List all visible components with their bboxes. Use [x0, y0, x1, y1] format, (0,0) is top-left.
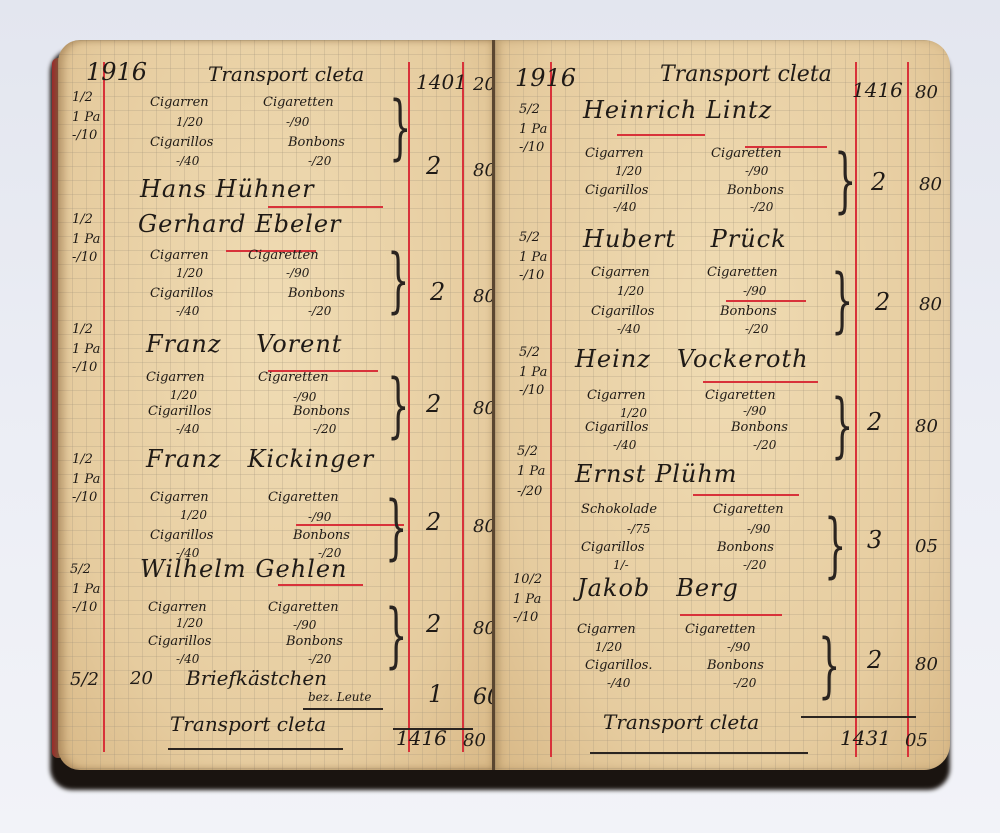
item-name: Cigarren [577, 622, 636, 637]
item-price: 1/20 [615, 164, 642, 178]
entry-amount: 2 [867, 408, 882, 436]
item-name: Cigarren [150, 248, 209, 263]
entry-amount: 2 [426, 390, 441, 418]
item-name: Cigarren [148, 600, 207, 615]
brace: } [387, 370, 409, 440]
carry-out-amount: 1431 [840, 726, 891, 750]
item-name: Schokolade [581, 502, 657, 517]
item-price: 1/20 [180, 508, 207, 522]
total-rule [801, 716, 916, 718]
item-price: 1/20 [176, 115, 203, 129]
item-name: Bonbons [288, 286, 345, 301]
item-name: Bonbons [288, 135, 345, 150]
first-name: Gerhard [138, 210, 246, 238]
item-name: Bonbons [720, 304, 777, 319]
carry-out-label: Transport cleta [170, 712, 326, 736]
name-underline [278, 584, 363, 586]
carry-in-cents: 80 [915, 82, 938, 103]
item-name: Cigaretten [268, 600, 339, 615]
label-underline [590, 752, 808, 754]
item-price: -/90 [743, 404, 766, 418]
item-price: -/90 [293, 618, 316, 632]
left-page: 1916 Transport cleta 1401 20 1/2 1 Pa -/… [58, 40, 494, 770]
entry-qty: 1 Pa [513, 592, 541, 607]
note-underline [303, 708, 383, 710]
entry-qty: 1 Pa [72, 472, 100, 487]
item-price: -/40 [617, 322, 640, 336]
entry-date: 5/2 [70, 672, 99, 687]
entry-unit: -/10 [72, 250, 97, 265]
entry-date: 1/2 [72, 212, 93, 227]
carry-in-cents: 20 [473, 74, 494, 95]
entry-cents: 80 [919, 174, 942, 195]
page-year: 1916 [86, 58, 147, 86]
page-year: 1916 [515, 64, 576, 92]
item-price: -/40 [613, 200, 636, 214]
last-name: Lintz [706, 96, 772, 124]
customer-name: Hans Hühner [140, 175, 315, 203]
item-price: -/20 [753, 438, 776, 452]
last-name: Vorent [256, 330, 342, 358]
item-price: -/90 [286, 266, 309, 280]
customer-name: Ernst Plühm [575, 460, 738, 488]
item-price: -/90 [293, 390, 316, 404]
first-name: Franz [146, 445, 222, 473]
entry-cents: 80 [473, 398, 494, 419]
item-name: Cigarillos [150, 528, 213, 543]
entry-date: 5/2 [519, 102, 540, 117]
item-price: 1/20 [176, 266, 203, 280]
carry-in-label: Transport cleta [660, 62, 832, 87]
last-name: Berg [676, 574, 739, 602]
item-name: Bonbons [293, 404, 350, 419]
carry-in-label: Transport cleta [208, 62, 364, 86]
name-underline [680, 614, 782, 616]
entry-qty: 1 Pa [72, 342, 100, 357]
item-price: -/90 [286, 115, 309, 129]
entry-qty: 1 Pa [72, 110, 100, 125]
item-name: Cigaretten [707, 265, 778, 280]
customer-name: Gerhard Ebeler [138, 210, 342, 238]
item-price: 1/20 [170, 388, 197, 402]
item-price: 1/20 [620, 406, 647, 420]
item-name: Cigarren [587, 388, 646, 403]
entry-qty: 1 Pa [72, 232, 100, 247]
item-name: Cigaretten [263, 95, 334, 110]
entry-cents: 80 [473, 516, 494, 537]
entry-qty: 1 Pa [517, 464, 545, 479]
last-name: Gehlen [255, 555, 347, 583]
item-price: 1/- [613, 558, 629, 572]
customer-name: Franz Vorent [146, 330, 342, 358]
carry-out-cents: 80 [463, 730, 486, 751]
entry-cents: 05 [915, 536, 938, 557]
entry-cents: 80 [473, 618, 494, 639]
brace: } [824, 510, 846, 580]
last-name: Hühner [216, 175, 315, 203]
entry-date: 5/2 [70, 562, 91, 577]
first-name: Hans [140, 175, 207, 203]
item-name: Cigaretten [713, 502, 784, 517]
brace: } [834, 145, 856, 215]
item-name: Cigaretten [268, 490, 339, 505]
ledger-book: 1916 Transport cleta 1401 20 1/2 1 Pa -/… [58, 40, 950, 780]
first-name: Hubert [583, 225, 676, 253]
brace: } [385, 600, 407, 670]
entry-date: 1/2 [72, 322, 93, 337]
right-page: 1916 Transport cleta 1416 80 5/2 1 Pa -/… [495, 40, 950, 770]
entry-amount: 2 [430, 278, 445, 306]
item-price: -/40 [176, 652, 199, 666]
item-price: -/20 [750, 200, 773, 214]
entry-date: 5/2 [519, 345, 540, 360]
item-price: -/20 [313, 422, 336, 436]
entry-cents: 80 [915, 416, 938, 437]
entry-note: bez. Leute [308, 690, 371, 704]
cents-rule [907, 62, 909, 757]
item-price: -/20 [733, 676, 756, 690]
label-underline [168, 748, 343, 750]
carry-out-cents: 05 [905, 730, 928, 751]
item-name: Bonbons [717, 540, 774, 555]
customer-name: Franz Kickinger [146, 445, 374, 473]
carry-out-label: Transport cleta [603, 710, 759, 734]
item-name: Cigaretten [705, 388, 776, 403]
item-name: Cigarren [591, 265, 650, 280]
entry-unit: -/10 [72, 490, 97, 505]
carry-out-amount: 1416 [396, 726, 447, 750]
entry-cents: 80 [473, 160, 494, 181]
entry-unit: -/10 [72, 360, 97, 375]
entry-qty: 1 Pa [519, 365, 547, 380]
item-price: -/90 [743, 284, 766, 298]
entry-amount: 2 [426, 508, 441, 536]
entry-qty: 1 Pa [519, 122, 547, 137]
item-name: Bonbons [293, 528, 350, 543]
name-underline [268, 206, 383, 208]
item-name: Cigarillos [581, 540, 644, 555]
entry-date: 10/2 [513, 572, 542, 587]
item-name: Bonbons [731, 420, 788, 435]
item-name: Cigarillos [585, 420, 648, 435]
entry-qty: 20 [130, 668, 153, 689]
first-name: Heinrich [583, 96, 697, 124]
entry-cents: 80 [473, 286, 494, 307]
first-name: Franz [146, 330, 222, 358]
name-underline [693, 494, 799, 496]
entry-date: 1/2 [72, 452, 93, 467]
entry-unit: -/10 [519, 268, 544, 283]
item-name: Cigaretten [711, 146, 782, 161]
entry-cents: 80 [915, 654, 938, 675]
brace: } [831, 390, 853, 460]
brace: } [818, 630, 840, 700]
last-name: Vockeroth [677, 345, 809, 373]
entry-amount: 1 [428, 680, 443, 708]
item-name: Bonbons [286, 634, 343, 649]
customer-name: Heinz Vockeroth [575, 345, 809, 373]
item-price: -/90 [308, 510, 331, 524]
item-name: Cigarren [150, 490, 209, 505]
name-underline [703, 381, 818, 383]
last-name: Prück [711, 225, 787, 253]
entry-date: 5/2 [519, 230, 540, 245]
item-name: Cigarren [585, 146, 644, 161]
item-price: -/40 [607, 676, 630, 690]
name-underline [726, 300, 806, 302]
margin-rule [550, 62, 552, 757]
item-name: Cigarillos [150, 135, 213, 150]
item-name: Cigarillos [585, 183, 648, 198]
brace: } [389, 92, 411, 162]
entry-amount: 2 [871, 168, 886, 196]
item-name: Cigarillos. [585, 658, 653, 673]
last-name: Plühm [655, 460, 738, 488]
entry-text: Briefkästchen [186, 666, 327, 690]
entry-qty: 1 Pa [519, 250, 547, 265]
item-price: -/20 [745, 322, 768, 336]
item-price: 1/20 [595, 640, 622, 654]
first-name: Wilhelm [140, 555, 247, 583]
item-name: Cigarren [150, 95, 209, 110]
entry-amount: 2 [875, 288, 890, 316]
item-price: -/90 [727, 640, 750, 654]
first-name: Heinz [575, 345, 651, 373]
item-price: 1/20 [617, 284, 644, 298]
item-name: Cigaretten [685, 622, 756, 637]
cents-rule [462, 62, 464, 752]
entry-amount: 2 [426, 610, 441, 638]
item-price: -/90 [745, 164, 768, 178]
entry-amount: 2 [867, 646, 882, 674]
entry-unit: -/20 [517, 484, 542, 499]
entry-cents: 80 [919, 294, 942, 315]
item-price: -/40 [176, 154, 199, 168]
entry-unit: -/10 [519, 383, 544, 398]
item-name: Cigarillos [148, 404, 211, 419]
item-name: Cigaretten [248, 248, 319, 263]
margin-rule [103, 62, 105, 752]
item-name: Bonbons [727, 183, 784, 198]
item-price: -/40 [176, 422, 199, 436]
item-price: -/20 [308, 304, 331, 318]
item-price: -/75 [627, 522, 650, 536]
entry-amount: 3 [867, 526, 882, 554]
item-name: Bonbons [707, 658, 764, 673]
item-price: -/40 [176, 304, 199, 318]
entry-unit: -/10 [513, 610, 538, 625]
customer-name: Heinrich Lintz [583, 96, 772, 124]
entry-date: 1/2 [72, 90, 93, 105]
first-name: Jakob [577, 574, 650, 602]
item-name: Cigaretten [258, 370, 329, 385]
brace: } [385, 492, 407, 562]
item-name: Cigarillos [148, 634, 211, 649]
item-price: -/40 [613, 438, 636, 452]
item-price: -/20 [308, 154, 331, 168]
carry-in-amount: 1416 [852, 78, 903, 102]
item-name: Cigarren [146, 370, 205, 385]
item-price: -/20 [743, 558, 766, 572]
last-name: Kickinger [247, 445, 374, 473]
entry-unit: -/10 [72, 600, 97, 615]
customer-name: Jakob Berg [577, 574, 739, 602]
entry-cents: 60 [473, 685, 494, 710]
customer-name: Hubert Prück [583, 225, 787, 253]
item-price: -/90 [747, 522, 770, 536]
brace: } [387, 245, 409, 315]
entry-qty: 1 Pa [72, 582, 100, 597]
item-price: 1/20 [176, 616, 203, 630]
entry-amount: 2 [426, 152, 441, 180]
carry-in-amount: 1401 [416, 70, 467, 94]
entry-date: 5/2 [517, 444, 538, 459]
entry-unit: -/10 [519, 140, 544, 155]
first-name: Ernst [575, 460, 646, 488]
brace: } [831, 265, 853, 335]
item-name: Cigarillos [591, 304, 654, 319]
entry-unit: -/10 [72, 128, 97, 143]
last-name: Ebeler [255, 210, 341, 238]
item-name: Cigarillos [150, 286, 213, 301]
item-price: -/20 [308, 652, 331, 666]
customer-name: Wilhelm Gehlen [140, 555, 348, 583]
name-underline [617, 134, 705, 136]
